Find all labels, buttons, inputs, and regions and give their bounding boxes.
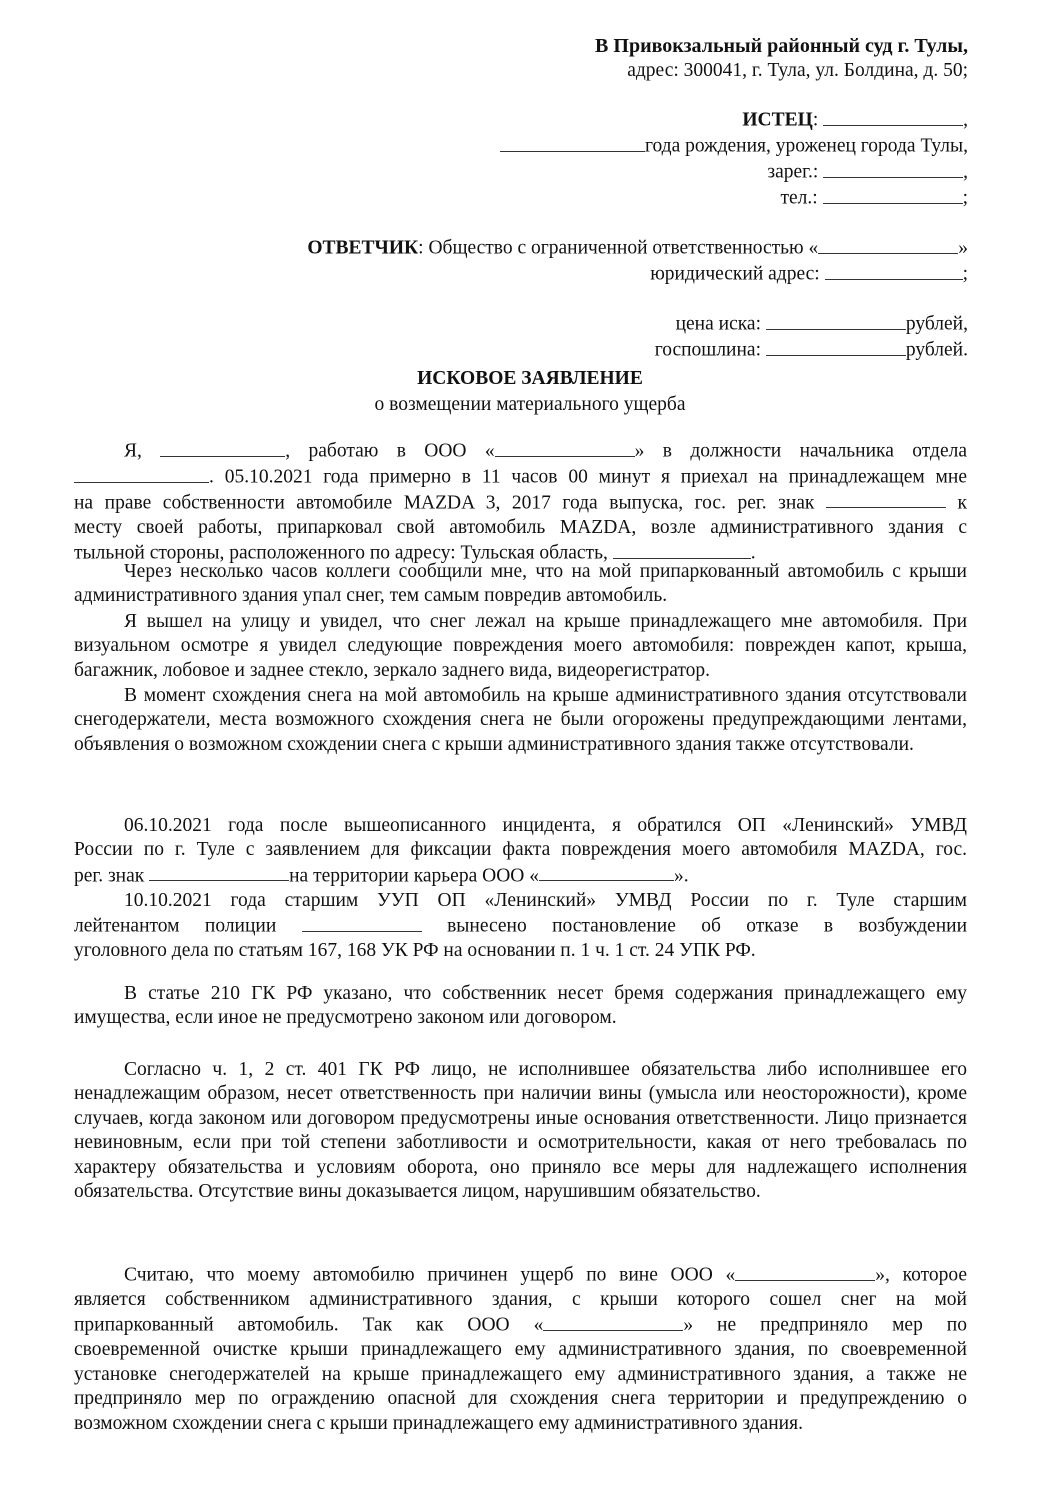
document-header: В Привокзальный районный суд г. Тулы, ад…	[307, 34, 968, 363]
duty-line: госпошлина: рублей.	[307, 337, 968, 363]
plate-number-field	[826, 490, 946, 509]
phone-label: тел.:	[781, 188, 818, 209]
claim-price-field	[766, 311, 906, 330]
text-line: Считаю, что моему автомобилю причинен ущ…	[74, 1262, 967, 1288]
registration-field	[823, 159, 963, 178]
paragraph-article-401: Согласно ч. 1, 2 ст. 401 ГК РФ лицо, не …	[74, 1058, 967, 1204]
text-line: уголовного дела по статьям 167, 168 УК Р…	[74, 939, 967, 963]
paragraph-article-210: В статье 210 ГК РФ указано, что собствен…	[74, 982, 967, 1031]
address-field	[613, 540, 751, 559]
court-address: адрес: 300041, г. Тула, ул. Болдина, д. …	[307, 59, 968, 84]
text-line: Я, , работаю в ООО «» в должности началь…	[74, 438, 967, 464]
defendant-address-line: юридический адрес: ;	[307, 261, 968, 287]
duty-label: госпошлина:	[655, 340, 761, 361]
text-line: России по г. Туле с заявлением для фикса…	[74, 838, 967, 862]
text-line: лейтенантом полиции вынесено постановлен…	[74, 913, 967, 939]
employer-field	[495, 438, 635, 457]
text-line: 10.10.2021 года старшим УУП ОП «Ленински…	[74, 889, 967, 913]
plaintiff-name-field	[823, 107, 963, 126]
paragraph-colleagues: Через несколько часов коллеги сообщили м…	[74, 560, 967, 609]
defendant-name-field	[543, 1312, 683, 1331]
applicant-name-field	[160, 438, 285, 457]
text-line: припаркованный автомобиль. Так как ООО «…	[74, 1312, 967, 1338]
text-line: рег. знак на территории карьера ООО «».	[74, 863, 967, 889]
paragraph-damage: Я вышел на улицу и увидел, что снег лежа…	[74, 610, 967, 683]
quarry-company-field	[539, 863, 674, 882]
defendant-address-label: юридический адрес:	[650, 264, 819, 285]
text-line: месту своей работы, припарковал свой авт…	[74, 516, 967, 540]
defendant-line: ОТВЕТЧИК: Общество с ограниченной ответс…	[307, 235, 968, 261]
plaintiff-birth-line: года рождения, уроженец города Тулы,	[307, 133, 968, 159]
defendant-text: : Общество с ограниченной ответственност…	[418, 238, 818, 259]
registration-line: зарег.: ,	[307, 159, 968, 185]
document-page: В Привокзальный районный суд г. Тулы, ад…	[0, 0, 1060, 1500]
text-line: . 05.10.2021 года примерно в 11 часов 00…	[74, 464, 967, 490]
defendant-name-field	[735, 1262, 875, 1281]
phone-line: тел.: ;	[307, 185, 968, 211]
officer-name-field	[302, 913, 422, 932]
phone-field	[823, 185, 963, 204]
text-line: 06.10.2021 года после вышеописанного инц…	[74, 814, 967, 838]
paragraph-no-guards: В момент схождения снега на мой автомоби…	[74, 684, 967, 757]
claim-price-line: цена иска: рублей,	[307, 311, 968, 337]
plaintiff-label: ИСТЕЦ	[742, 110, 812, 131]
paragraph-police-report: 06.10.2021 года после вышеописанного инц…	[74, 814, 967, 964]
paragraph-incident: Я, , работаю в ООО «» в должности началь…	[74, 438, 967, 566]
plaintiff-line: ИСТЕЦ: ,	[307, 107, 968, 133]
defendant-label: ОТВЕТЧИК	[307, 238, 418, 259]
paragraph-conclusion: Считаю, что моему автомобилю причинен ущ…	[74, 1262, 967, 1436]
plaintiff-birth-text: года рождения, уроженец города Тулы,	[645, 136, 968, 157]
defendant-name-field	[818, 235, 958, 254]
text-line: является собственником административного…	[74, 1288, 967, 1312]
document-title: ИСКОВОЕ ЗАЯВЛЕНИЕ	[0, 368, 1060, 390]
claim-price-label: цена иска:	[676, 314, 761, 335]
registration-label: зарег.:	[767, 162, 818, 183]
currency-label: рублей.	[906, 340, 968, 361]
duty-field	[766, 337, 906, 356]
plate-number-field	[149, 863, 289, 882]
text-line: на праве собственности автомобиле MAZDA …	[74, 490, 967, 516]
birth-year-field	[500, 133, 645, 152]
currency-label: рублей,	[906, 314, 968, 335]
department-field	[74, 464, 209, 483]
court-name: В Привокзальный районный суд г. Тулы,	[307, 34, 968, 59]
defendant-address-field	[825, 261, 963, 280]
document-subtitle: о возмещении материального ущерба	[0, 394, 1060, 416]
